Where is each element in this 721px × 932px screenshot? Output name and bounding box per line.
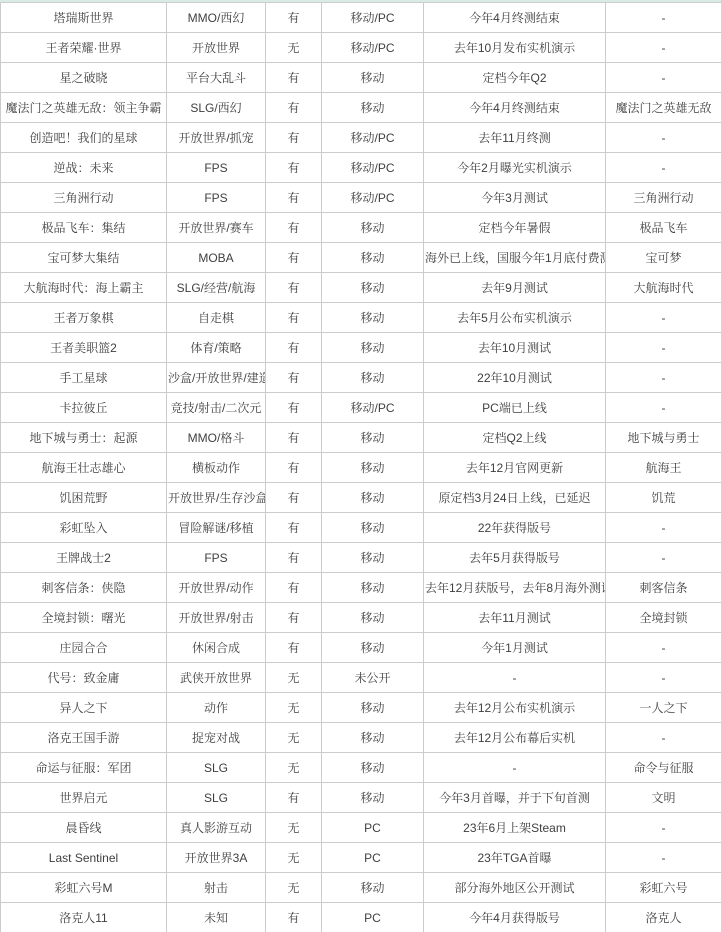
platform-cell: PC: [322, 813, 424, 843]
related-ip-cell: 大航海时代: [606, 273, 721, 303]
table-row: 饥困荒野开放世界/生存沙盒有移动原定档3月24日上线，已延迟饥荒: [1, 483, 721, 513]
status-cell: 今年4月终测结束: [424, 3, 606, 33]
license-cell: 无: [266, 693, 322, 723]
status-cell: 部分海外地区公开测试: [424, 873, 606, 903]
status-cell: 去年5月获得版号: [424, 543, 606, 573]
platform-cell: 移动/PC: [322, 33, 424, 63]
license-cell: 有: [266, 903, 322, 932]
platform-cell: 移动: [322, 783, 424, 813]
platform-cell: 移动: [322, 273, 424, 303]
game-name-cell: 大航海时代：海上霸主: [1, 273, 167, 303]
status-cell: 去年5月公布实机演示: [424, 303, 606, 333]
genre-cell: 开放世界: [167, 33, 266, 63]
table-row: 洛克人11未知有PC今年4月获得版号洛克人: [1, 903, 721, 932]
status-cell: 23年TGA首曝: [424, 843, 606, 873]
platform-cell: 移动: [322, 213, 424, 243]
license-cell: 有: [266, 453, 322, 483]
table-row: 创造吧！我们的星球开放世界/抓宠有移动/PC去年11月终测-: [1, 123, 721, 153]
game-name-cell: 魔法门之英雄无敌：领主争霸: [1, 93, 167, 123]
platform-cell: 移动: [322, 513, 424, 543]
genre-cell: 开放世界/射击: [167, 603, 266, 633]
related-ip-cell: 刺客信条: [606, 573, 721, 603]
license-cell: 有: [266, 303, 322, 333]
status-cell: -: [424, 753, 606, 783]
license-cell: 有: [266, 63, 322, 93]
table-row: 手工星球沙盒/开放世界/建造有移动22年10月测试-: [1, 363, 721, 393]
platform-cell: 移动: [322, 423, 424, 453]
license-cell: 有: [266, 333, 322, 363]
game-name-cell: 地下城与勇士：起源: [1, 423, 167, 453]
status-cell: -: [424, 663, 606, 693]
related-ip-cell: -: [606, 3, 721, 33]
game-name-cell: 彩虹六号M: [1, 873, 167, 903]
related-ip-cell: 彩虹六号: [606, 873, 721, 903]
table-row: 王牌战士2FPS有移动去年5月获得版号-: [1, 543, 721, 573]
related-ip-cell: -: [606, 393, 721, 423]
status-cell: 定档今年Q2: [424, 63, 606, 93]
genre-cell: 未知: [167, 903, 266, 932]
game-name-cell: 极品飞车：集结: [1, 213, 167, 243]
related-ip-cell: -: [606, 153, 721, 183]
table-row: 卡拉彼丘竞技/射击/二次元有移动/PCPC端已上线-: [1, 393, 721, 423]
license-cell: 无: [266, 813, 322, 843]
genre-cell: 竞技/射击/二次元: [167, 393, 266, 423]
table-row: 庄园合合休闲合成有移动今年1月测试-: [1, 633, 721, 663]
license-cell: 无: [266, 753, 322, 783]
genre-cell: 开放世界/抓宠: [167, 123, 266, 153]
game-name-cell: 代号：致金庸: [1, 663, 167, 693]
game-name-cell: 塔瑞斯世界: [1, 3, 167, 33]
related-ip-cell: -: [606, 633, 721, 663]
table-row: 三角洲行动FPS有移动/PC今年3月测试三角洲行动: [1, 183, 721, 213]
game-name-cell: 异人之下: [1, 693, 167, 723]
genre-cell: SLG: [167, 753, 266, 783]
game-name-cell: 宝可梦大集结: [1, 243, 167, 273]
genre-cell: 开放世界/赛车: [167, 213, 266, 243]
status-cell: 去年11月测试: [424, 603, 606, 633]
table-row: 全境封锁：曙光开放世界/射击有移动去年11月测试全境封锁: [1, 603, 721, 633]
table-row: 星之破晓平台大乱斗有移动定档今年Q2-: [1, 63, 721, 93]
game-name-cell: 晨昏线: [1, 813, 167, 843]
platform-cell: 移动: [322, 693, 424, 723]
game-name-cell: 王牌战士2: [1, 543, 167, 573]
license-cell: 有: [266, 423, 322, 453]
platform-cell: 移动/PC: [322, 183, 424, 213]
platform-cell: 移动/PC: [322, 153, 424, 183]
license-cell: 有: [266, 603, 322, 633]
genre-cell: 冒险解谜/移植: [167, 513, 266, 543]
game-name-cell: 星之破晓: [1, 63, 167, 93]
platform-cell: PC: [322, 903, 424, 932]
license-cell: 有: [266, 213, 322, 243]
license-cell: 有: [266, 633, 322, 663]
license-cell: 有: [266, 513, 322, 543]
license-cell: 有: [266, 93, 322, 123]
license-cell: 有: [266, 783, 322, 813]
game-name-cell: 世界启元: [1, 783, 167, 813]
status-cell: 定档Q2上线: [424, 423, 606, 453]
genre-cell: FPS: [167, 183, 266, 213]
platform-cell: 移动: [322, 873, 424, 903]
table-row: 代号：致金庸武侠开放世界无未公开--: [1, 663, 721, 693]
table-row: 彩虹坠入冒险解谜/移植有移动22年获得版号-: [1, 513, 721, 543]
related-ip-cell: -: [606, 363, 721, 393]
genre-cell: MMO/格斗: [167, 423, 266, 453]
status-cell: 23年6月上架Steam: [424, 813, 606, 843]
genre-cell: 射击: [167, 873, 266, 903]
game-name-cell: 王者万象棋: [1, 303, 167, 333]
genre-cell: SLG/西幻: [167, 93, 266, 123]
platform-cell: 移动/PC: [322, 3, 424, 33]
related-ip-cell: -: [606, 813, 721, 843]
status-cell: 去年11月终测: [424, 123, 606, 153]
status-cell: 定档今年暑假: [424, 213, 606, 243]
table-row: 航海王壮志雄心横板动作有移动去年12月官网更新航海王: [1, 453, 721, 483]
platform-cell: 移动: [322, 303, 424, 333]
license-cell: 有: [266, 123, 322, 153]
platform-cell: 移动: [322, 453, 424, 483]
status-cell: 今年3月首曝，并于下旬首测: [424, 783, 606, 813]
status-cell: 去年12月获版号，去年8月海外测试: [424, 573, 606, 603]
game-name-cell: 航海王壮志雄心: [1, 453, 167, 483]
license-cell: 有: [266, 483, 322, 513]
related-ip-cell: -: [606, 333, 721, 363]
genre-cell: 开放世界3A: [167, 843, 266, 873]
platform-cell: 移动: [322, 603, 424, 633]
license-cell: 有: [266, 153, 322, 183]
genre-cell: 开放世界/生存沙盒: [167, 483, 266, 513]
platform-cell: 移动: [322, 483, 424, 513]
status-cell: 去年10月发布实机演示: [424, 33, 606, 63]
table-row: 王者荣耀·世界开放世界无移动/PC去年10月发布实机演示-: [1, 33, 721, 63]
status-cell: 今年2月曝光实机演示: [424, 153, 606, 183]
related-ip-cell: 全境封锁: [606, 603, 721, 633]
related-ip-cell: 地下城与勇士: [606, 423, 721, 453]
games-table-page: 塔瑞斯世界MMO/西幻有移动/PC今年4月终测结束-王者荣耀·世界开放世界无移动…: [0, 0, 721, 932]
genre-cell: 体育/策略: [167, 333, 266, 363]
license-cell: 无: [266, 663, 322, 693]
license-cell: 有: [266, 363, 322, 393]
related-ip-cell: 魔法门之英雄无敌: [606, 93, 721, 123]
game-name-cell: 庄园合合: [1, 633, 167, 663]
genre-cell: 沙盒/开放世界/建造: [167, 363, 266, 393]
table-row: 王者万象棋自走棋有移动去年5月公布实机演示-: [1, 303, 721, 333]
table-row: 大航海时代：海上霸主SLG/经营/航海有移动去年9月测试大航海时代: [1, 273, 721, 303]
platform-cell: 移动: [322, 633, 424, 663]
table-row: Last Sentinel开放世界3A无PC23年TGA首曝-: [1, 843, 721, 873]
status-cell: 去年12月公布幕后实机: [424, 723, 606, 753]
game-name-cell: 洛克王国手游: [1, 723, 167, 753]
platform-cell: PC: [322, 843, 424, 873]
platform-cell: 未公开: [322, 663, 424, 693]
license-cell: 无: [266, 873, 322, 903]
table-row: 世界启元SLG有移动今年3月首曝，并于下旬首测文明: [1, 783, 721, 813]
status-cell: PC端已上线: [424, 393, 606, 423]
platform-cell: 移动: [322, 363, 424, 393]
table-row: 逆战：未来FPS有移动/PC今年2月曝光实机演示-: [1, 153, 721, 183]
license-cell: 有: [266, 183, 322, 213]
game-name-cell: 洛克人11: [1, 903, 167, 932]
status-cell: 海外已上线，国服今年1月底付费测试: [424, 243, 606, 273]
game-name-cell: 王者荣耀·世界: [1, 33, 167, 63]
related-ip-cell: -: [606, 723, 721, 753]
genre-cell: 休闲合成: [167, 633, 266, 663]
related-ip-cell: -: [606, 123, 721, 153]
table-row: 地下城与勇士：起源MMO/格斗有移动定档Q2上线地下城与勇士: [1, 423, 721, 453]
status-cell: 今年4月获得版号: [424, 903, 606, 932]
related-ip-cell: 航海王: [606, 453, 721, 483]
related-ip-cell: -: [606, 843, 721, 873]
license-cell: 无: [266, 843, 322, 873]
related-ip-cell: 一人之下: [606, 693, 721, 723]
platform-cell: 移动: [322, 753, 424, 783]
platform-cell: 移动: [322, 243, 424, 273]
table-row: 魔法门之英雄无敌：领主争霸SLG/西幻有移动今年4月终测结束魔法门之英雄无敌: [1, 93, 721, 123]
related-ip-cell: 文明: [606, 783, 721, 813]
genre-cell: 平台大乱斗: [167, 63, 266, 93]
games-table: 塔瑞斯世界MMO/西幻有移动/PC今年4月终测结束-王者荣耀·世界开放世界无移动…: [0, 2, 721, 932]
games-table-body: 塔瑞斯世界MMO/西幻有移动/PC今年4月终测结束-王者荣耀·世界开放世界无移动…: [1, 3, 721, 932]
license-cell: 有: [266, 3, 322, 33]
related-ip-cell: 宝可梦: [606, 243, 721, 273]
table-row: 塔瑞斯世界MMO/西幻有移动/PC今年4月终测结束-: [1, 3, 721, 33]
status-cell: 去年12月公布实机演示: [424, 693, 606, 723]
table-row: 命运与征服：军团SLG无移动-命令与征服: [1, 753, 721, 783]
game-name-cell: 创造吧！我们的星球: [1, 123, 167, 153]
related-ip-cell: 饥荒: [606, 483, 721, 513]
license-cell: 有: [266, 243, 322, 273]
table-row: 异人之下动作无移动去年12月公布实机演示一人之下: [1, 693, 721, 723]
genre-cell: 动作: [167, 693, 266, 723]
license-cell: 有: [266, 393, 322, 423]
table-row: 刺客信条：侠隐开放世界/动作有移动去年12月获版号，去年8月海外测试刺客信条: [1, 573, 721, 603]
genre-cell: SLG/经营/航海: [167, 273, 266, 303]
status-cell: 22年10月测试: [424, 363, 606, 393]
genre-cell: 武侠开放世界: [167, 663, 266, 693]
status-cell: 今年1月测试: [424, 633, 606, 663]
table-row: 宝可梦大集结MOBA有移动海外已上线，国服今年1月底付费测试宝可梦: [1, 243, 721, 273]
table-row: 极品飞车：集结开放世界/赛车有移动定档今年暑假极品飞车: [1, 213, 721, 243]
platform-cell: 移动: [322, 723, 424, 753]
related-ip-cell: -: [606, 513, 721, 543]
game-name-cell: 三角洲行动: [1, 183, 167, 213]
platform-cell: 移动: [322, 543, 424, 573]
license-cell: 有: [266, 543, 322, 573]
license-cell: 有: [266, 573, 322, 603]
platform-cell: 移动/PC: [322, 393, 424, 423]
genre-cell: 真人影游互动: [167, 813, 266, 843]
status-cell: 今年3月测试: [424, 183, 606, 213]
game-name-cell: 彩虹坠入: [1, 513, 167, 543]
table-row: 晨昏线真人影游互动无PC23年6月上架Steam-: [1, 813, 721, 843]
game-name-cell: 全境封锁：曙光: [1, 603, 167, 633]
genre-cell: SLG: [167, 783, 266, 813]
genre-cell: FPS: [167, 153, 266, 183]
related-ip-cell: -: [606, 303, 721, 333]
status-cell: 原定档3月24日上线，已延迟: [424, 483, 606, 513]
platform-cell: 移动/PC: [322, 123, 424, 153]
related-ip-cell: 三角洲行动: [606, 183, 721, 213]
genre-cell: FPS: [167, 543, 266, 573]
related-ip-cell: -: [606, 33, 721, 63]
platform-cell: 移动: [322, 333, 424, 363]
table-row: 洛克王国手游捉宠对战无移动去年12月公布幕后实机-: [1, 723, 721, 753]
status-cell: 去年9月测试: [424, 273, 606, 303]
table-row: 王者美职篮2体育/策略有移动去年10月测试-: [1, 333, 721, 363]
status-cell: 今年4月终测结束: [424, 93, 606, 123]
license-cell: 无: [266, 33, 322, 63]
related-ip-cell: 洛克人: [606, 903, 721, 932]
related-ip-cell: 命令与征服: [606, 753, 721, 783]
related-ip-cell: -: [606, 543, 721, 573]
game-name-cell: 逆战：未来: [1, 153, 167, 183]
platform-cell: 移动: [322, 63, 424, 93]
related-ip-cell: 极品飞车: [606, 213, 721, 243]
game-name-cell: 刺客信条：侠隐: [1, 573, 167, 603]
genre-cell: MOBA: [167, 243, 266, 273]
genre-cell: 开放世界/动作: [167, 573, 266, 603]
table-row: 彩虹六号M射击无移动部分海外地区公开测试彩虹六号: [1, 873, 721, 903]
genre-cell: 自走棋: [167, 303, 266, 333]
genre-cell: 捉宠对战: [167, 723, 266, 753]
status-cell: 去年10月测试: [424, 333, 606, 363]
license-cell: 有: [266, 273, 322, 303]
license-cell: 无: [266, 723, 322, 753]
game-name-cell: 命运与征服：军团: [1, 753, 167, 783]
status-cell: 去年12月官网更新: [424, 453, 606, 483]
game-name-cell: 手工星球: [1, 363, 167, 393]
related-ip-cell: -: [606, 663, 721, 693]
status-cell: 22年获得版号: [424, 513, 606, 543]
game-name-cell: 王者美职篮2: [1, 333, 167, 363]
related-ip-cell: -: [606, 63, 721, 93]
genre-cell: MMO/西幻: [167, 3, 266, 33]
platform-cell: 移动: [322, 93, 424, 123]
game-name-cell: 饥困荒野: [1, 483, 167, 513]
genre-cell: 横板动作: [167, 453, 266, 483]
game-name-cell: 卡拉彼丘: [1, 393, 167, 423]
game-name-cell: Last Sentinel: [1, 843, 167, 873]
platform-cell: 移动: [322, 573, 424, 603]
